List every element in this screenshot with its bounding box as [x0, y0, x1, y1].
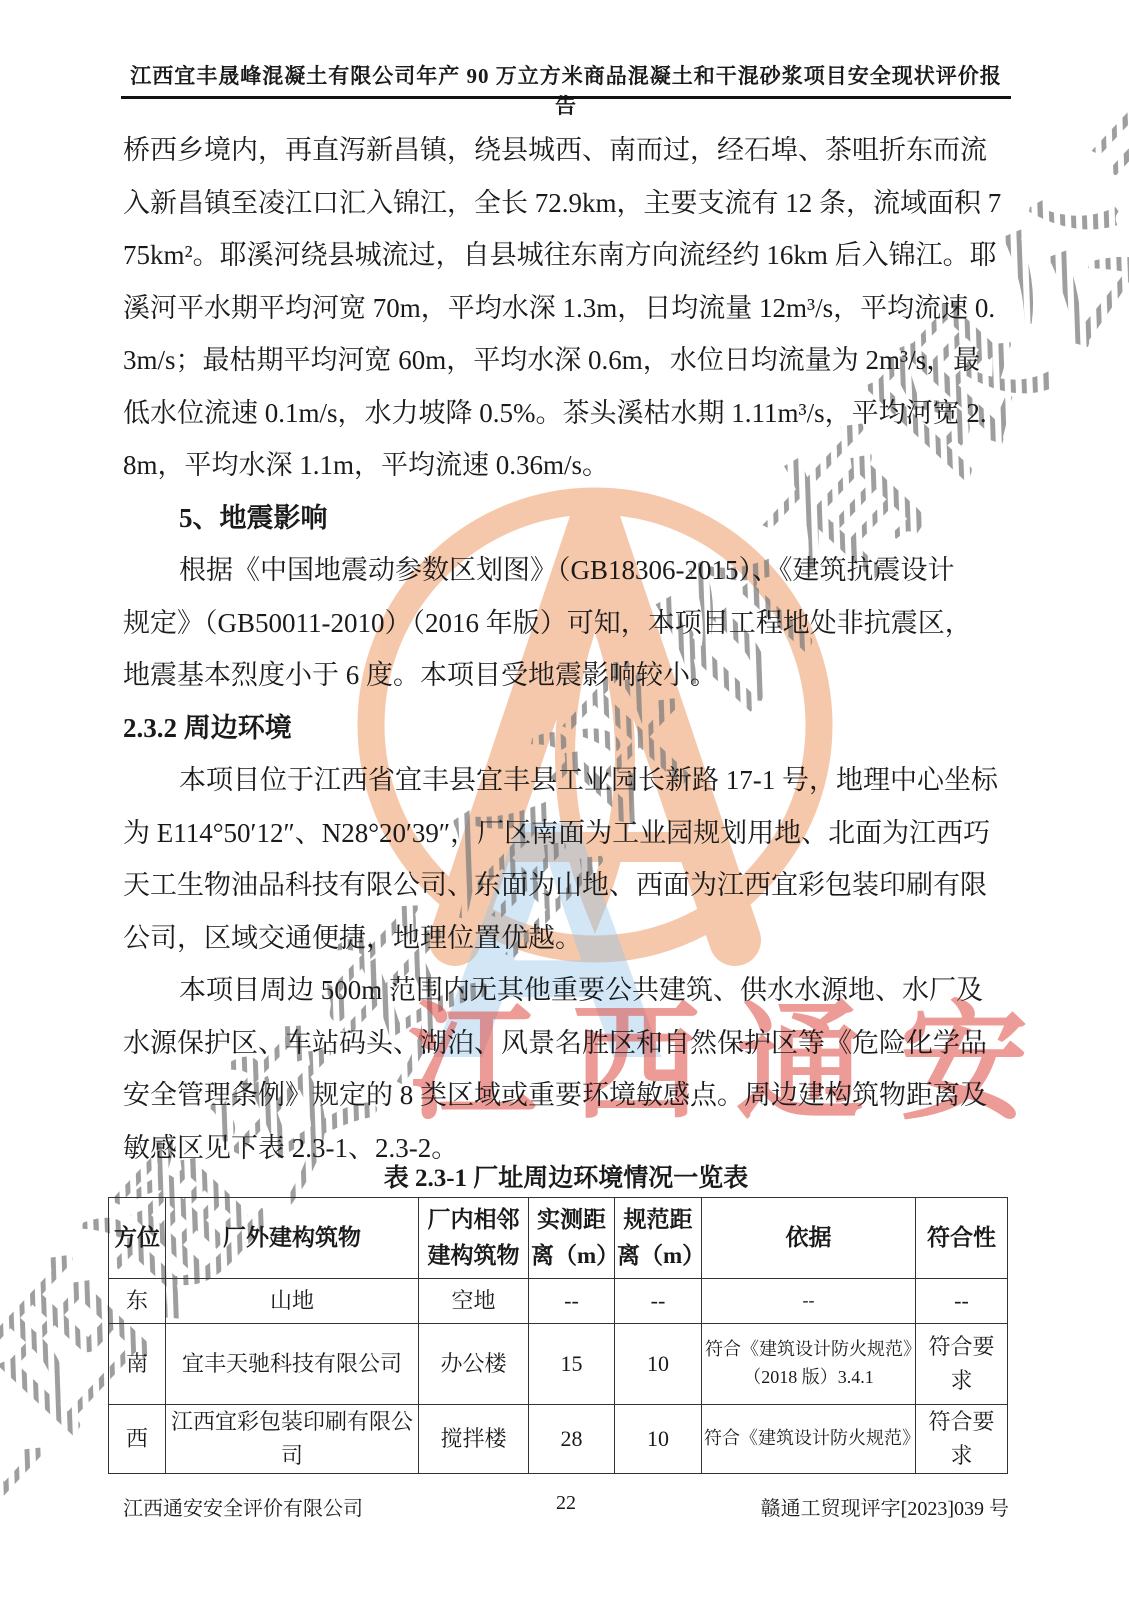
cell-compliance: 符合要求 [916, 1405, 1008, 1474]
cell-standard: 10 [615, 1405, 702, 1474]
cell-basis: 符合《建筑设计防火规范》（2018 版）3.4.1 [702, 1324, 916, 1405]
table-caption: 表 2.3-1 厂址周边环境情况一览表 [123, 1158, 1009, 1194]
col-header-inside-building: 厂内相邻建构筑物 [419, 1198, 529, 1279]
cell-outside: 山地 [166, 1279, 419, 1324]
body-line: 规定》（GB50011-2010）（2016 年版）可知，本项目工程地处非抗震区… [123, 597, 1011, 650]
body-line: 本项目位于江西省宜丰县宜丰县工业园长新路 17-1 号，地理中心坐标 [123, 754, 1011, 807]
page-header-title: 江西宜丰晟峰混凝土有限公司年产 90 万立方米商品混凝土和干混砂浆项目安全现状评… [123, 60, 1009, 120]
section-heading-seismic: 5、地震影响 [123, 492, 1011, 545]
col-header-direction: 方位 [109, 1198, 166, 1279]
table-header-row: 方位 厂外建构筑物 厂内相邻建构筑物 实测距离（m） 规范距离（m） 依据 符合… [109, 1198, 1008, 1279]
header-rule [121, 96, 1011, 99]
body-line: 公司，区域交通便捷，地理位置优越。 [123, 912, 1011, 965]
document-page: A 江西通安安全评价有限公司 江西通安 江西宜丰晟峰混凝土有限公司年产 90 万… [0, 0, 1129, 1600]
body-line: 桥西乡境内，再直泻新昌镇，绕县城西、南而过，经石埠、茶咀折东而流 [123, 124, 1011, 177]
cell-basis: 符合《建筑设计防火规范》 [702, 1405, 916, 1474]
footer-doc-number: 赣通工贸现评字[2023]039 号 [761, 1492, 1009, 1521]
col-header-compliance: 符合性 [916, 1198, 1008, 1279]
cell-standard: 10 [615, 1324, 702, 1405]
cell-measured: 15 [529, 1324, 615, 1405]
cell-compliance: -- [916, 1279, 1008, 1324]
cell-measured: -- [529, 1279, 615, 1324]
cell-direction: 西 [109, 1405, 166, 1474]
body-line: 安全管理条例》规定的 8 类区域或重要环境敏感点。周边建构筑物距离及 [123, 1069, 1011, 1122]
cell-compliance: 符合要求 [916, 1324, 1008, 1405]
body-line: 根据《中国地震动参数区划图》（GB18306-2015）、《建筑抗震设计 [123, 544, 1011, 597]
col-header-basis: 依据 [702, 1198, 916, 1279]
col-header-outside-building: 厂外建构筑物 [166, 1198, 419, 1279]
table-row: 南 宜丰天驰科技有限公司 办公楼 15 10 符合《建筑设计防火规范》（2018… [109, 1324, 1008, 1405]
table-row: 东 山地 空地 -- -- -- -- [109, 1279, 1008, 1324]
body-line: 本项目周边 500m 范围内无其他重要公共建筑、供水水源地、水厂及 [123, 964, 1011, 1017]
cell-inside: 办公楼 [419, 1324, 529, 1405]
body-line: 水源保护区、车站码头、湖泊、风景名胜区和自然保护区等《危险化学品 [123, 1017, 1011, 1070]
body-text-block: 桥西乡境内，再直泻新昌镇，绕县城西、南而过，经石埠、茶咀折东而流 入新昌镇至凌江… [123, 124, 1011, 1174]
section-heading-232: 2.3.2 周边环境 [123, 702, 1011, 755]
body-line: 地震基本烈度小于 6 度。本项目受地震影响较小。 [123, 649, 1011, 702]
body-line: 低水位流速 0.1m/s，水力坡降 0.5%。茶头溪枯水期 1.11m³/s，平… [123, 387, 1011, 440]
cell-direction: 南 [109, 1324, 166, 1405]
cell-inside: 搅拌楼 [419, 1405, 529, 1474]
body-line: 天工生物油品科技有限公司、东面为山地、西面为江西宜彩包装印刷有限 [123, 859, 1011, 912]
col-header-standard-dist: 规范距离（m） [615, 1198, 702, 1279]
cell-outside: 江西宜彩包装印刷有限公司 [166, 1405, 419, 1474]
table-row: 西 江西宜彩包装印刷有限公司 搅拌楼 28 10 符合《建筑设计防火规范》 符合… [109, 1405, 1008, 1474]
cell-standard: -- [615, 1279, 702, 1324]
cell-direction: 东 [109, 1279, 166, 1324]
surrounding-environment-table: 方位 厂外建构筑物 厂内相邻建构筑物 实测距离（m） 规范距离（m） 依据 符合… [108, 1197, 1008, 1474]
cell-outside: 宜丰天驰科技有限公司 [166, 1324, 419, 1405]
body-line: 入新昌镇至凌江口汇入锦江，全长 72.9km，主要支流有 12 条，流域面积 7 [123, 177, 1011, 230]
cell-measured: 28 [529, 1405, 615, 1474]
body-line: 75km²。耶溪河绕县城流过，自县城往东南方向流经约 16km 后入锦江。耶 [123, 229, 1011, 282]
cell-basis: -- [702, 1279, 916, 1324]
col-header-measured-dist: 实测距离（m） [529, 1198, 615, 1279]
body-line: 8m，平均水深 1.1m，平均流速 0.36m/s。 [123, 439, 1011, 492]
body-line: 为 E114°50′12″、N28°20′39″，厂区南面为工业园规划用地、北面… [123, 807, 1011, 860]
cell-inside: 空地 [419, 1279, 529, 1324]
body-line: 3m/s；最枯期平均河宽 60m，平均水深 0.6m，水位日均流量为 2m³/s… [123, 334, 1011, 387]
body-line: 溪河平水期平均河宽 70m，平均水深 1.3m，日均流量 12m³/s，平均流速… [123, 282, 1011, 335]
